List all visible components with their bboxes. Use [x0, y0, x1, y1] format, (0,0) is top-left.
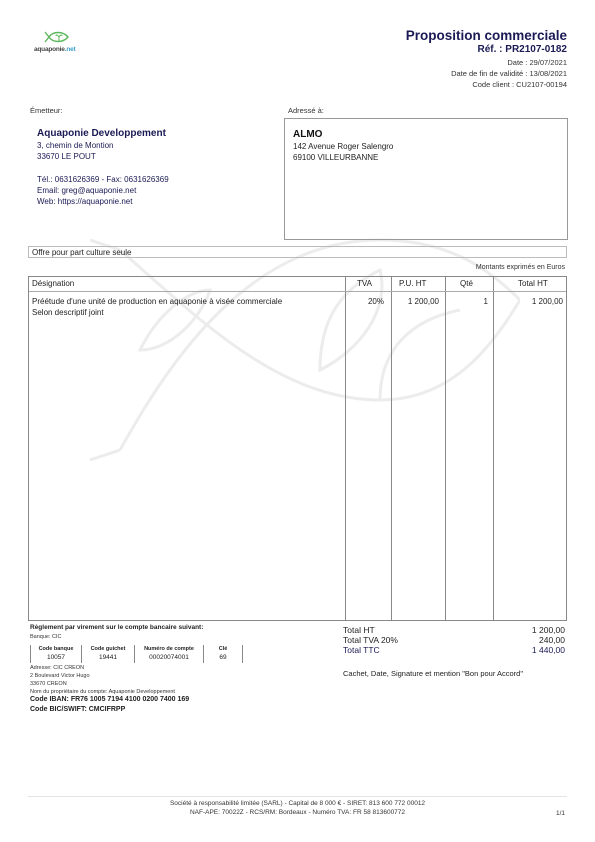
bank-code-value: 10057: [31, 653, 81, 662]
bank-address2: 2 Boulevard Victor Hugo: [30, 673, 90, 679]
total-tva-value: 240,00: [539, 635, 565, 645]
sender-web[interactable]: Web: https://aquaponie.net: [37, 197, 132, 206]
row-total: 1 200,00: [532, 297, 563, 306]
row-pu: 1 200,00: [408, 297, 439, 306]
footer-legal-line2: NAF-APE: 70022Z - RCS/RM: Bordeaux - Num…: [0, 809, 595, 816]
bank-name: Banque: CIC: [30, 634, 62, 640]
key-header: Clé: [204, 645, 242, 653]
header-divider: [29, 291, 566, 292]
recipient-address2: 69100 VILLEURBANNE: [293, 153, 378, 162]
sender-phone: Tél.: 0631626369 - Fax: 0631626369: [37, 175, 169, 184]
items-table: Désignation TVA P.U. HT Qté Total HT Pré…: [28, 276, 567, 621]
branch-code-cell: Code guichet 19441: [81, 645, 134, 663]
bank-address3: 33670 CREON: [30, 681, 67, 687]
account-owner: Nom du propriétaire du compte: Aquaponie…: [30, 689, 175, 695]
col-divider: [345, 277, 346, 620]
bic: Code BIC/SWIFT: CMCIFRPP: [30, 706, 125, 713]
sender-name: Aquaponie Developpement: [37, 128, 166, 139]
recipient-name: ALMO: [293, 129, 322, 140]
logo-tld: .net: [65, 46, 76, 53]
branch-code-header: Code guichet: [82, 645, 134, 653]
col-divider: [445, 277, 446, 620]
sender-address2: 33670 LE POUT: [37, 152, 96, 161]
sender-email[interactable]: Email: greg@aquaponie.net: [37, 186, 136, 195]
logo-brand: aquaponie: [34, 46, 65, 53]
account-number-value: 00020074001: [135, 653, 203, 662]
iban: Code IBAN: FR76 1005 7194 4100 0200 7400…: [30, 696, 189, 703]
total-ttc-value: 1 440,00: [532, 645, 565, 655]
account-number-cell: Numéro de compte 00020074001: [134, 645, 203, 663]
bank-title: Règlement par virement sur le compte ban…: [30, 624, 203, 631]
company-logo: aquaponie.net: [34, 30, 94, 56]
total-ht-label: Total HT: [343, 625, 375, 635]
validity-date: Date de fin de validité : 13/08/2021: [451, 69, 567, 78]
client-code: Code client : CU2107-00194: [472, 80, 567, 89]
col-divider: [493, 277, 494, 620]
currency-note: Montants exprimés en Euros: [476, 264, 565, 271]
header-pu: P.U. HT: [399, 279, 426, 288]
logo-text: aquaponie.net: [34, 46, 75, 53]
recipient-box: ALMO 142 Avenue Roger Salengro 69100 VIL…: [284, 118, 568, 240]
row-designation: Préétude d'une unité de production en aq…: [32, 297, 282, 306]
total-ttc-label: Total TTC: [343, 645, 380, 655]
sender-address1: 3, chemin de Montion: [37, 141, 114, 150]
header-total: Total HT: [518, 279, 548, 288]
signature-note: Cachet, Date, Signature et mention "Bon …: [343, 669, 523, 678]
document-title: Proposition commerciale: [406, 28, 567, 43]
footer-legal-line1: Société à responsabilité limitée (SARL) …: [0, 800, 595, 807]
col-divider: [391, 277, 392, 620]
total-ht-value: 1 200,00: [532, 625, 565, 635]
footer-divider: [28, 796, 567, 797]
branch-code-value: 19441: [82, 653, 134, 662]
total-tva-row: Total TVA 20% 240,00: [343, 635, 565, 645]
header-tva: TVA: [357, 279, 372, 288]
row-designation-detail: Selon descriptif joint: [32, 308, 104, 317]
fish-leaf-icon: [43, 30, 69, 44]
total-ht-row: Total HT 1 200,00: [343, 625, 565, 635]
key-value: 69: [204, 653, 242, 662]
recipient-address1: 142 Avenue Roger Salengro: [293, 142, 393, 151]
header-qty: Qté: [460, 279, 473, 288]
document-ref: Réf. : PR2107-0182: [478, 44, 568, 55]
row-tva: 20%: [368, 297, 384, 306]
recipient-label: Adressé à:: [288, 106, 324, 115]
sender-label: Émetteur:: [30, 106, 63, 115]
bank-code-cell: Code banque 10057: [30, 645, 81, 663]
page-number: 1/1: [556, 810, 565, 817]
key-cell: Clé 69: [203, 645, 243, 663]
total-tva-label: Total TVA 20%: [343, 635, 398, 645]
offer-title: Offre pour part culture seule: [28, 246, 567, 258]
header-designation: Désignation: [32, 279, 74, 288]
account-number-header: Numéro de compte: [135, 645, 203, 653]
row-qty: 1: [484, 297, 488, 306]
sender-box: Aquaponie Developpement 3, chemin de Mon…: [28, 118, 273, 218]
bank-code-header: Code banque: [31, 645, 81, 653]
bank-address1: Adresse: CIC CREON: [30, 665, 84, 671]
document-date: Date : 29/07/2021: [507, 58, 567, 67]
total-ttc-row: Total TTC 1 440,00: [343, 645, 565, 655]
